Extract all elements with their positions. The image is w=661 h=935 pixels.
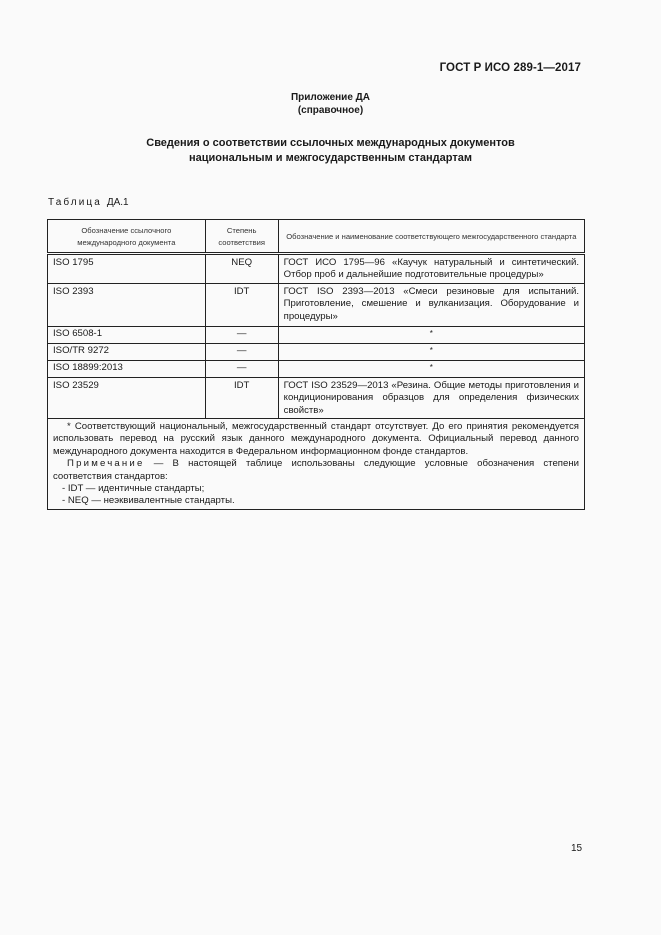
table-row: ISO 18899:2013 — *: [48, 360, 585, 377]
table-caption-number: ДА.1: [107, 197, 129, 208]
cell-doc: ISO 2393: [48, 283, 206, 326]
cell-degree: NEQ: [205, 254, 278, 284]
table-caption: Таблица ДА.1: [48, 197, 129, 208]
table-row: ISO 23529 IDT ГОСТ ISO 23529—2013 «Резин…: [48, 377, 585, 418]
table-caption-word: Таблица: [48, 197, 102, 208]
header-international-doc: Обозначение ссылочного международного до…: [48, 220, 206, 254]
cell-degree: —: [205, 326, 278, 343]
cell-standard: ГОСТ ИСО 1795—96 «Каучук натуральный и с…: [278, 254, 584, 284]
section-title: Сведения о соответствии ссылочных междун…: [0, 136, 661, 165]
footnote-star: * Соответствующий национальный, межгосуд…: [53, 421, 579, 458]
cell-degree: IDT: [205, 283, 278, 326]
cell-doc: ISO 23529: [48, 377, 206, 418]
cell-degree: —: [205, 360, 278, 377]
cell-standard: ГОСТ ISO 23529—2013 «Резина. Общие метод…: [278, 377, 584, 418]
cell-doc: ISO 6508-1: [48, 326, 206, 343]
table-footnote-row: * Соответствующий национальный, межгосуд…: [48, 419, 585, 510]
cell-standard: *: [278, 360, 584, 377]
header-interstate-standard: Обозначение и наименование соответствующ…: [278, 220, 584, 254]
table-row: ISO 2393 IDT ГОСТ ISO 2393—2013 «Смеси р…: [48, 283, 585, 326]
cell-standard: *: [278, 343, 584, 360]
cell-standard: *: [278, 326, 584, 343]
footnote-item-idt: - IDT — идентичные стандарты;: [53, 483, 579, 495]
section-title-line-1: Сведения о соответствии ссылочных междун…: [0, 136, 661, 151]
annex-title: Приложение ДА: [0, 91, 661, 104]
table-row: ISO/TR 9272 — *: [48, 343, 585, 360]
table-row: ISO 6508-1 — *: [48, 326, 585, 343]
cell-doc: ISO 18899:2013: [48, 360, 206, 377]
cell-doc: ISO/TR 9272: [48, 343, 206, 360]
header-degree: Степень соответствия: [205, 220, 278, 254]
footnote-note: Примечание — В настоящей таблице использ…: [53, 458, 579, 483]
table-header-row: Обозначение ссылочного международного до…: [48, 220, 585, 254]
document-page: ГОСТ Р ИСО 289-1—2017 Приложение ДА (спр…: [0, 0, 661, 935]
note-label: Примечание: [67, 458, 145, 469]
section-title-line-2: национальным и межгосударственным станда…: [0, 151, 661, 166]
cell-doc: ISO 1795: [48, 254, 206, 284]
table-footnote: * Соответствующий национальный, межгосуд…: [48, 419, 585, 510]
page-number: 15: [571, 843, 582, 854]
correspondence-table: Обозначение ссылочного международного до…: [47, 219, 585, 510]
cell-standard: ГОСТ ISO 2393—2013 «Смеси резиновые для …: [278, 283, 584, 326]
footnote-item-neq: - NEQ — неэквивалентные стандарты.: [53, 495, 579, 507]
table-row: ISO 1795 NEQ ГОСТ ИСО 1795—96 «Каучук на…: [48, 254, 585, 284]
cell-degree: —: [205, 343, 278, 360]
document-code: ГОСТ Р ИСО 289-1—2017: [440, 62, 581, 74]
annex-subtitle: (справочное): [0, 104, 661, 117]
cell-degree: IDT: [205, 377, 278, 418]
